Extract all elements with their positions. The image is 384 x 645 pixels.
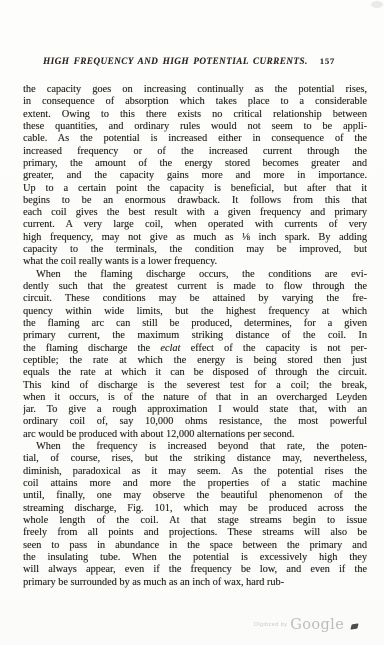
text-line: quency within wide limits, but the highe… [23, 306, 367, 318]
text-line: freely from all points and projections. … [23, 527, 367, 539]
text-line: jar. To give a rough approximation I wou… [23, 404, 367, 416]
text-line: arc would be produced with about 12,000 … [23, 429, 367, 441]
text-line: greater, and the capacity gains more and… [23, 170, 367, 182]
scan-artifact-speck [350, 623, 358, 629]
text-line: the insulating tube. When the potential … [23, 552, 367, 564]
text-line: until, finally, one may observe the beau… [23, 490, 367, 502]
text-line: the capacity goes on increasing continua… [23, 84, 367, 96]
running-header-title: HIGH FREQUENCY AND HIGH POTENTIAL CURREN… [43, 56, 308, 66]
text-line: dently such that the greatest current is… [23, 281, 367, 293]
text-line: the flaming arc can still be produced, d… [23, 318, 367, 330]
text-line: increased frequency or of the increased … [23, 146, 367, 158]
text-line: circuit. These conditions may be attaine… [23, 293, 367, 305]
paragraph: When the flaming discharge occurs, the c… [23, 269, 367, 441]
text-line: begins to be an enormous drawback. It fo… [23, 195, 367, 207]
text-line: This kind of discharge is the severest t… [23, 380, 367, 392]
text-line: the flaming discharge the eclat effect o… [23, 343, 367, 355]
text-line: will always appear, even if the frequenc… [23, 564, 367, 576]
paragraph: the capacity goes on increasing continua… [23, 84, 367, 269]
page-number: 157 [320, 56, 335, 66]
running-header: HIGH FREQUENCY AND HIGH POTENTIAL CURREN… [43, 56, 343, 66]
text-line: whole length of the coil. At that stage … [23, 515, 367, 527]
text-line: each coil gives the best result with a g… [23, 207, 367, 219]
digitized-by-google-watermark: Digitized by Google [254, 616, 344, 634]
text-line: streaming discharge, Fig. 101, which may… [23, 503, 367, 515]
text-line: ceptible; the rate at which the energy i… [23, 355, 367, 367]
text-line: seen to pass in abundance in the space b… [23, 540, 367, 552]
paragraph: When the frequency is increased beyond t… [23, 441, 367, 589]
text-line: current. A very large coil, when operate… [23, 219, 367, 231]
text-line: extent. Owing to this there exists no cr… [23, 109, 367, 121]
text-line: When the flaming discharge occurs, the c… [23, 269, 367, 281]
text-line: coil attains more and more the propertie… [23, 478, 367, 490]
text-line: diminish, paradoxical as it may seem. As… [23, 466, 367, 478]
body-text: the capacity goes on increasing continua… [23, 84, 367, 589]
text-line: ordinary coil of, say 10,000 ohms resist… [23, 416, 367, 428]
text-line: tial, of course, rises, but the striking… [23, 453, 367, 465]
text-line: in consequence of absorption which takes… [23, 96, 367, 108]
scanned-book-page: HIGH FREQUENCY AND HIGH POTENTIAL CURREN… [0, 0, 384, 645]
text-line: what the coil really wants is a lower fr… [23, 256, 367, 268]
text-line: these quantities, and ordinary rules wou… [23, 121, 367, 133]
text-line: primary be surrounded by as much as an i… [23, 577, 367, 589]
text-line: equals the rate at which it can be dispo… [23, 367, 367, 379]
text-line: high frequency, may not give as much as … [23, 232, 367, 244]
google-logo: Google [290, 617, 344, 633]
text-line: primary current, the maximum striking di… [23, 330, 367, 342]
text-line: capacity to the terminals, the condition… [23, 244, 367, 256]
text-line: Up to a certain point the capacity is be… [23, 183, 367, 195]
scan-corner-smudge [371, 1, 383, 8]
text-line: primary, the amount of the energy stored… [23, 158, 367, 170]
digitized-by-label: Digitized by [254, 622, 287, 628]
text-line: When the frequency is increased beyond t… [23, 441, 367, 453]
text-line: cable. As the potential is increased eit… [23, 133, 367, 145]
text-line: when it occurs, is of the nature of that… [23, 392, 367, 404]
